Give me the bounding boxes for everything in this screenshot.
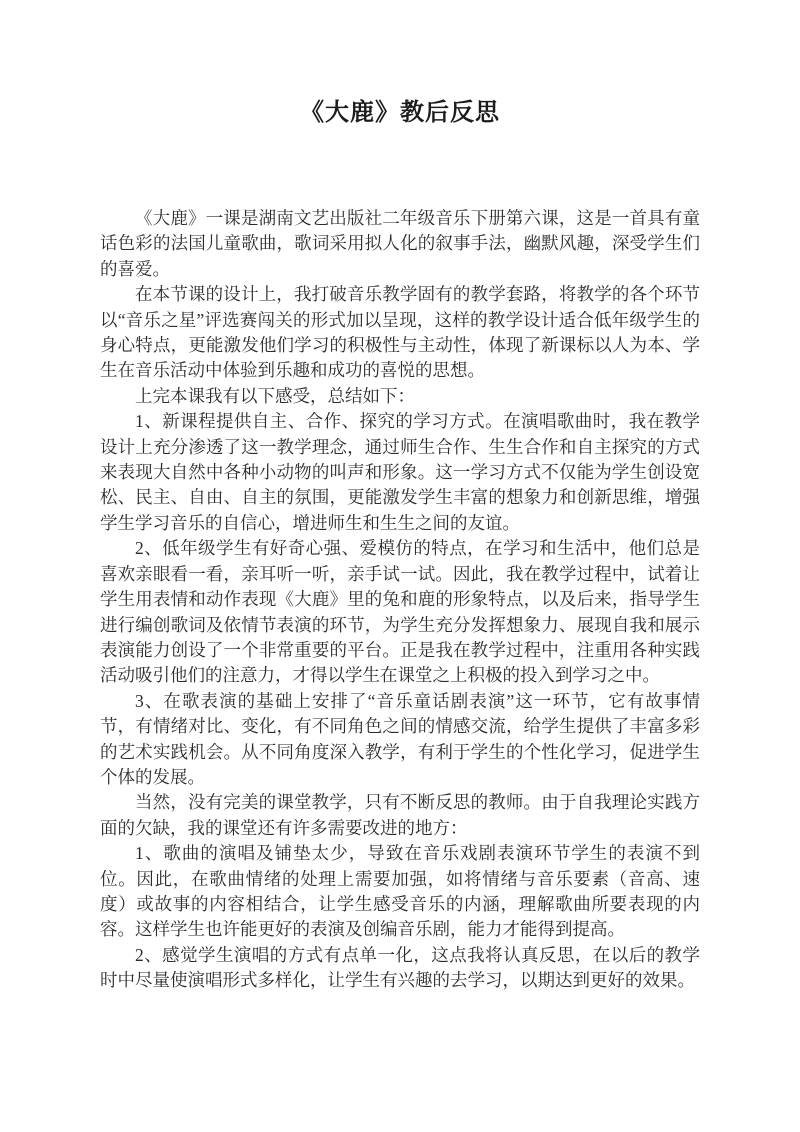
paragraph: 《大鹿》一课是湖南文艺出版社二年级音乐下册第六课，这是一首具有童话色彩的法国儿童…: [100, 206, 700, 282]
paragraph: 2、感觉学生演唱的方式有点单一化，这点我将认真反思，在以后的教学时中尽量使演唱形…: [100, 943, 700, 994]
paragraph: 1、歌曲的演唱及铺垫太少，导致在音乐戏剧表演环节学生的表演不到位。因此，在歌曲情…: [100, 841, 700, 943]
paragraph: 1、新课程提供自主、合作、探究的学习方式。在演唱歌曲时，我在教学设计上充分渗透了…: [100, 409, 700, 536]
document-page: 《大鹿》教后反思 《大鹿》一课是湖南文艺出版社二年级音乐下册第六课，这是一首具有…: [0, 0, 800, 1132]
document-body: 《大鹿》一课是湖南文艺出版社二年级音乐下册第六课，这是一首具有童话色彩的法国儿童…: [100, 206, 700, 994]
paragraph: 3、在歌表演的基础上安排了“音乐童话剧表演”这一环节，它有故事情节，有情绪对比、…: [100, 689, 700, 791]
page-title: 《大鹿》教后反思: [0, 0, 800, 129]
paragraph: 上完本课我有以下感受，总结如下：: [100, 384, 700, 409]
paragraph: 在本节课的设计上，我打破音乐教学固有的教学套路，将教学的各个环节以“音乐之星”评…: [100, 282, 700, 384]
paragraph: 2、低年级学生有好奇心强、爱模仿的特点，在学习和生活中，他们总是喜欢亲眼看一看，…: [100, 536, 700, 688]
paragraph: 当然，没有完美的课堂教学，只有不断反思的教师。由于自我理论实践方面的欠缺，我的课…: [100, 790, 700, 841]
